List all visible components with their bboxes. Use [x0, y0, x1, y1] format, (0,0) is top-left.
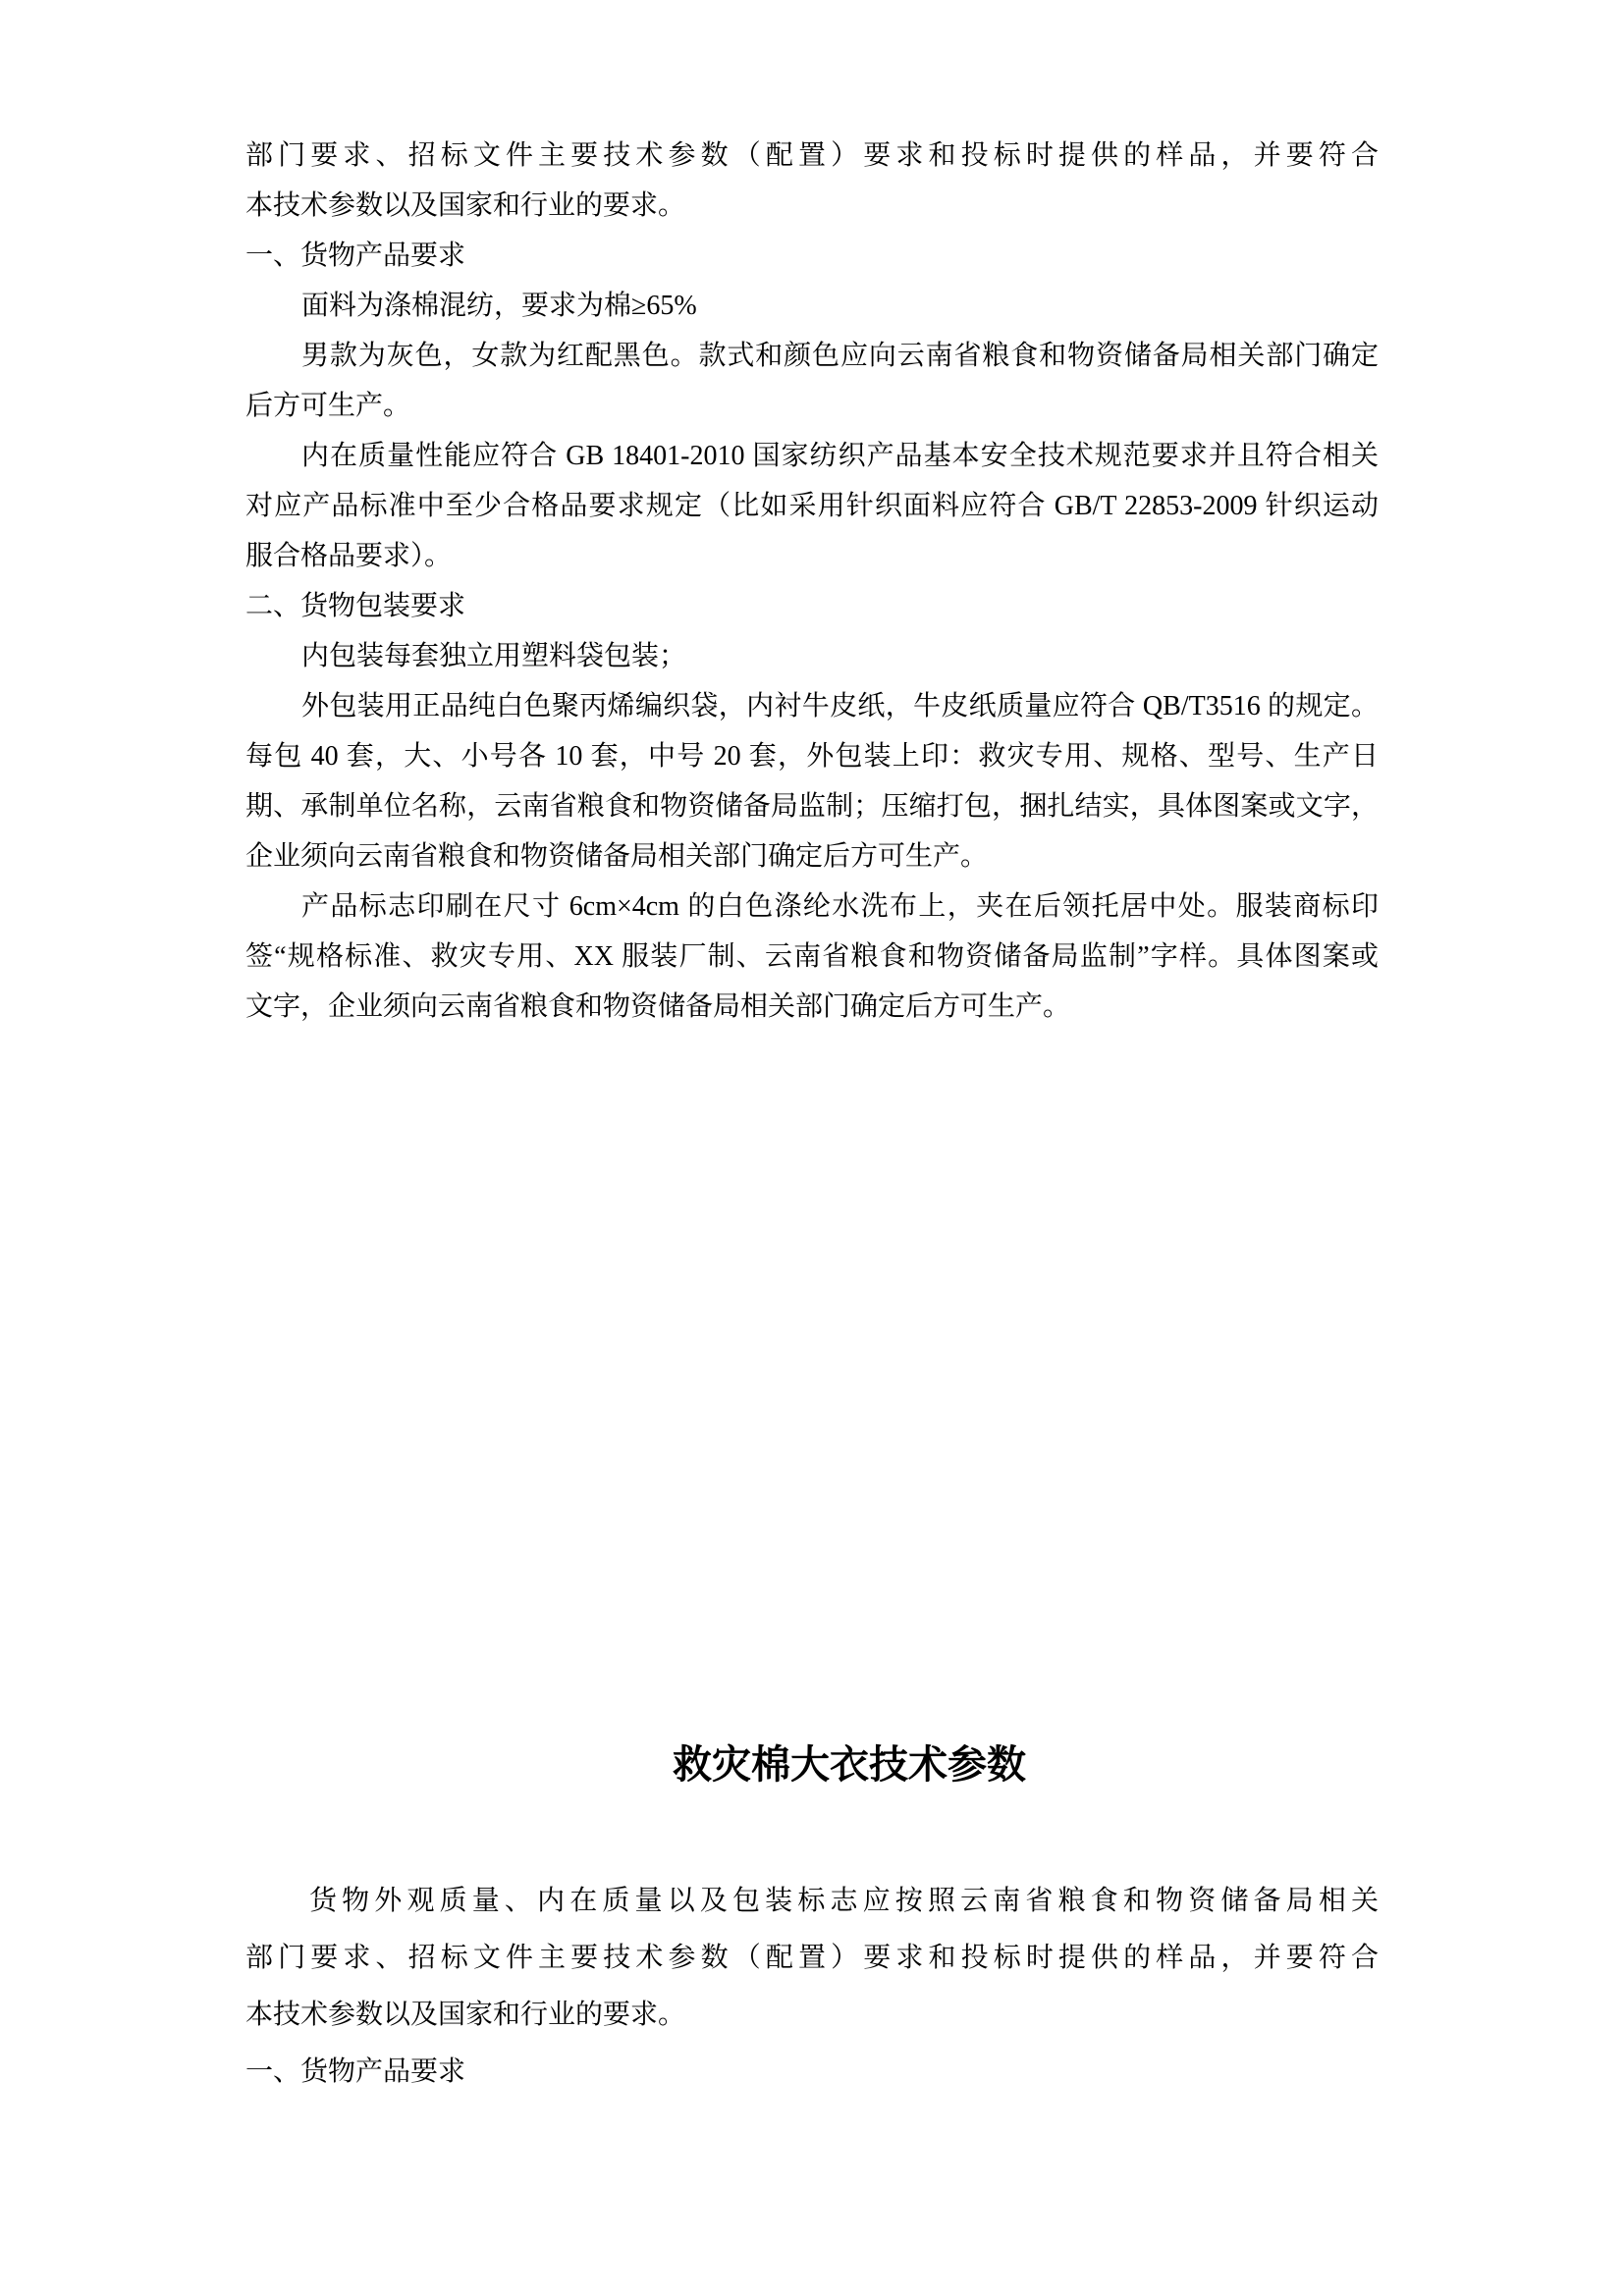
text-line: 男款为灰色，女款为红配黑色。款式和颜色应向云南省粮食和物资储备局相关部门确定 [245, 331, 1379, 381]
text-line: 签“规格标准、救灾专用、XX 服装厂制、云南省粮食和物资储备局监制”字样。具体图… [245, 932, 1379, 982]
section-title-row: 救灾棉大衣技术参数 [245, 1736, 1379, 1793]
section-top-body: 部门要求、招标文件主要技术参数（配置）要求和投标时提供的样品，并要符合 本技术参… [245, 131, 1379, 1032]
text-line: 服合格品要求）。 [245, 531, 1379, 581]
text-line: 后方可生产。 [245, 381, 1379, 431]
text-line: 企业须向云南省粮食和物资储备局相关部门确定后方可生产。 [245, 831, 1379, 881]
document-page: 部门要求、招标文件主要技术参数（配置）要求和投标时提供的样品，并要符合 本技术参… [0, 0, 1624, 2296]
text-line: 货物外观质量、内在质量以及包装标志应按照云南省粮食和物资储备局相关 [245, 1873, 1379, 1930]
text-line: 部门要求、招标文件主要技术参数（配置）要求和投标时提供的样品，并要符合 [245, 131, 1379, 181]
section-heading: 一、货物产品要求 [245, 2044, 1379, 2101]
text-line: 本技术参数以及国家和行业的要求。 [245, 1987, 1379, 2044]
text-line: 期、承制单位名称，云南省粮食和物资储备局监制；压缩打包，捆扎结实，具体图案或文字… [245, 781, 1379, 831]
text-line: 对应产品标准中至少合格品要求规定（比如采用针织面料应符合 GB/T 22853-… [245, 481, 1379, 531]
text-line: 内包装每套独立用塑料袋包装； [245, 631, 1379, 681]
text-line: 产品标志印刷在尺寸 6cm×4cm 的白色涤纶水洗布上，夹在后领托居中处。服装商… [245, 881, 1379, 932]
section-bottom-body: 货物外观质量、内在质量以及包装标志应按照云南省粮食和物资储备局相关 部门要求、招… [245, 1873, 1379, 2101]
text-line: 面料为涤棉混纺，要求为棉≥65% [245, 281, 1379, 331]
text-line: 文字，企业须向云南省粮食和物资储备局相关部门确定后方可生产。 [245, 982, 1379, 1032]
text-line: 部门要求、招标文件主要技术参数（配置）要求和投标时提供的样品，并要符合 [245, 1930, 1379, 1987]
text-line: 外包装用正品纯白色聚丙烯编织袋，内衬牛皮纸，牛皮纸质量应符合 QB/T3516 … [245, 681, 1379, 731]
section-heading: 一、货物产品要求 [245, 231, 1379, 281]
text-line: 本技术参数以及国家和行业的要求。 [245, 181, 1379, 231]
section-heading: 二、货物包装要求 [245, 581, 1379, 631]
section-title: 救灾棉大衣技术参数 [673, 1736, 1026, 1793]
text-line: 每包 40 套，大、小号各 10 套，中号 20 套，外包装上印：救灾专用、规格… [245, 731, 1379, 781]
text-line: 内在质量性能应符合 GB 18401-2010 国家纺织产品基本安全技术规范要求… [245, 431, 1379, 481]
